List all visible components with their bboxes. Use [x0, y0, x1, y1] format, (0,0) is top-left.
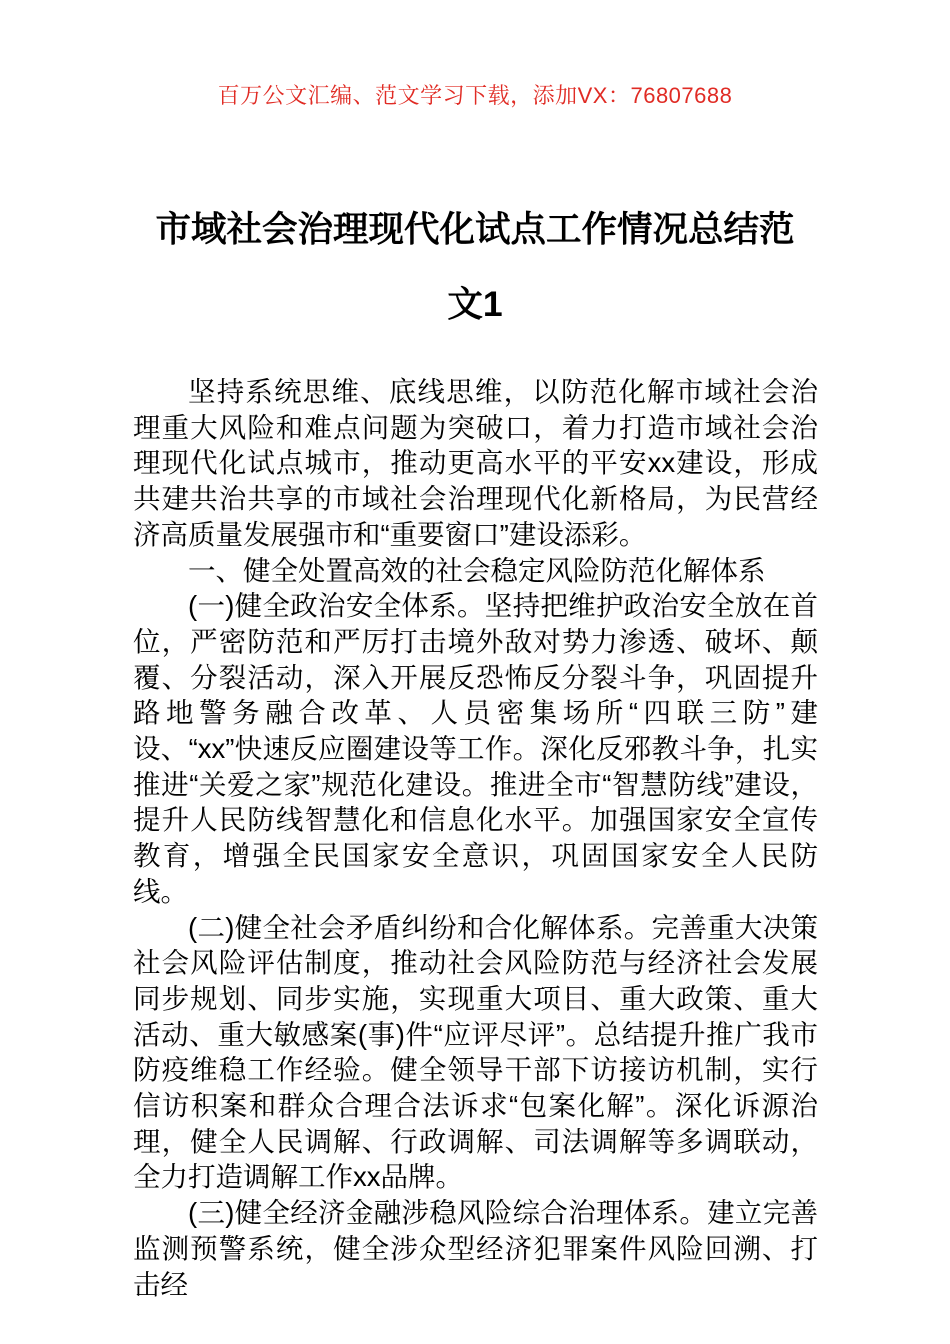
- document-page: 百万公文汇编、范文学习下载，添加VX：76807688 市域社会治理现代化试点工…: [0, 0, 950, 1344]
- paragraph-subsection-2: (二)健全社会矛盾纠纷和合化解体系。完善重大决策社会风险评估制度，推动社会风险防…: [133, 910, 818, 1196]
- promo-banner: 百万公文汇编、范文学习下载，添加VX：76807688: [0, 83, 950, 109]
- document-body: 坚持系统思维、底线思维，以防范化解市域社会治理重大风险和难点问题为突破口，着力打…: [133, 374, 818, 1302]
- document-title: 市域社会治理现代化试点工作情况总结范 文1: [133, 192, 817, 342]
- document-title-line-1: 市域社会治理现代化试点工作情况总结范: [133, 192, 817, 267]
- paragraph-intro: 坚持系统思维、底线思维，以防范化解市域社会治理重大风险和难点问题为突破口，着力打…: [133, 374, 818, 553]
- paragraph-subsection-3: (三)健全经济金融涉稳风险综合治理体系。建立完善监测预警系统，健全涉众型经济犯罪…: [133, 1195, 818, 1302]
- paragraph-subsection-1: (一)健全政治安全体系。坚持把维护政治安全放在首位，严密防范和严厉打击境外敌对势…: [133, 588, 818, 909]
- section-heading-1: 一、健全处置高效的社会稳定风险防范化解体系: [133, 553, 818, 589]
- document-title-line-2: 文1: [133, 267, 817, 342]
